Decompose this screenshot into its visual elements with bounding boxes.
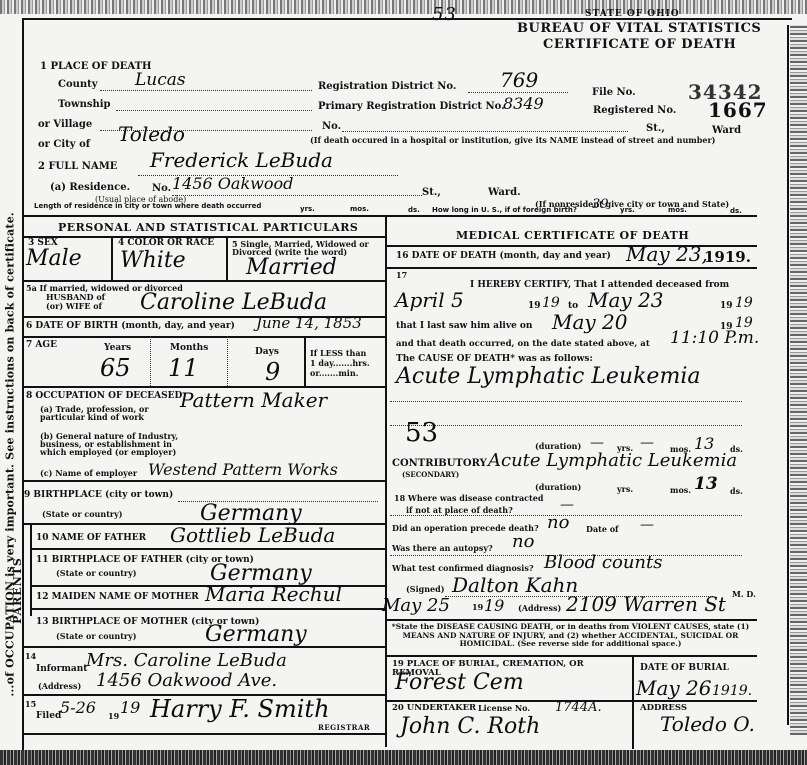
scan-edge-top <box>0 0 807 14</box>
operation-value: no <box>547 514 569 532</box>
undertaker-label: 20 UNDERTAKER <box>392 704 476 713</box>
birthplace-label: 9 BIRTHPLACE (city or town) <box>24 491 173 500</box>
registration-district-label: Registration District No. <box>318 82 456 92</box>
license-label: License No. <box>478 704 530 712</box>
sex-value: Male <box>26 248 82 270</box>
full-name-label: 2 FULL NAME <box>38 162 117 172</box>
cell-divider <box>111 236 113 280</box>
death-occurred-label: and that death occurred, on the date sta… <box>396 340 650 349</box>
employer-label: (c) Name of employer <box>40 469 137 477</box>
duration-label: (duration) <box>535 442 581 450</box>
how-long-us-value: 39 <box>592 198 609 211</box>
township-line <box>116 110 312 111</box>
days-label: Days <box>255 348 279 357</box>
age-label: 7 AGE <box>26 341 57 350</box>
length-residence-label: Length of residence in city or town wher… <box>34 203 261 210</box>
autopsy-value: no <box>512 533 534 551</box>
date-of-value: — <box>640 518 654 532</box>
registrar-label: REGISTRAR <box>318 724 370 731</box>
burial-date-label: DATE OF BURIAL <box>640 664 729 673</box>
county-line <box>100 90 312 91</box>
less-than-label-2: 1 day.......hrs. <box>310 359 370 367</box>
contracted-label-2: if not at place of death? <box>406 506 513 514</box>
footnote: *State the DISEASE CAUSING DEATH, or in … <box>388 623 753 649</box>
rule <box>22 280 385 282</box>
residence-line <box>172 195 422 196</box>
father-label: 10 NAME OF FATHER <box>36 534 146 543</box>
rule <box>22 480 385 482</box>
attended-from: April 5 <box>395 290 464 310</box>
contributory-ds-label: ds. <box>730 487 743 495</box>
physician-address-label: (Address) <box>518 604 561 612</box>
to-year-prefix: 19 <box>720 302 733 311</box>
state-title: STATE OF OHIO <box>585 9 680 19</box>
stamp-number-2: 53 <box>405 420 438 446</box>
residence-yrs-label: yrs. <box>300 206 315 213</box>
full-name-value: Frederick LeBuda <box>150 150 333 170</box>
residence-label: (a) Residence. <box>50 183 130 193</box>
residence-value: 1456 Oakwood <box>172 176 293 192</box>
contracted-value: — <box>560 498 574 512</box>
industry-label: (b) General nature of Industry, business… <box>40 432 195 456</box>
rule <box>22 646 385 648</box>
us-ds-label: ds. <box>730 208 742 215</box>
burial-year: 1919. <box>712 684 752 698</box>
informant-label: Informant <box>36 665 87 674</box>
spouse-value: Caroline LeBuda <box>140 292 327 314</box>
divider-main <box>22 215 757 217</box>
race-label: 4 COLOR OR RACE <box>118 239 214 248</box>
autopsy-label: Was there an autopsy? <box>392 544 493 552</box>
filed-label: Filed <box>36 712 61 721</box>
filed-year: 19 <box>120 700 140 716</box>
cell-divider <box>226 236 228 280</box>
cause-label: The CAUSE OF DEATH* was as follows: <box>396 355 593 364</box>
trade-label: (a) Trade, profession, or particular kin… <box>40 405 165 421</box>
certificate-title: CERTIFICATE OF DEATH <box>543 37 736 52</box>
contributory-duration-days: 13 <box>694 476 718 493</box>
date-of-label: Date of <box>586 525 618 533</box>
license-value: 1744A. <box>555 701 602 714</box>
father-birthplace-state-label: (State or country) <box>56 569 137 577</box>
race-value: White <box>120 250 186 272</box>
frame-right <box>787 25 789 725</box>
age-months: 11 <box>168 356 199 380</box>
father-value: Gottlieb LeBuda <box>170 525 335 545</box>
contributory-label: CONTRIBUTORY <box>392 459 487 469</box>
last-saw-label: that I last saw him alive on <box>396 322 532 331</box>
informant-num: 14 <box>25 652 36 660</box>
primary-registration-label: Primary Registration District No. <box>318 102 505 112</box>
rule <box>387 655 757 657</box>
cell-divider <box>304 336 306 386</box>
parents-label: PARENTS <box>11 557 24 624</box>
physician-address-value: 2109 Warren St <box>566 594 726 614</box>
birthplace-state-label: (State or country) <box>42 510 123 518</box>
address-line <box>342 131 628 132</box>
trade-value: Pattern Maker <box>180 390 327 410</box>
death-certificate: ...of OCCUPATION is very important. See … <box>0 0 807 765</box>
dod-value: May 23, <box>626 244 708 264</box>
years-label: Years <box>104 344 131 353</box>
duration-mos: — <box>640 436 654 450</box>
test-value: Blood counts <box>544 554 662 572</box>
to-year: 19 <box>735 296 753 310</box>
contributory-mos-label: mos. <box>670 486 691 494</box>
residence-ds-label: ds. <box>408 207 420 214</box>
from-year: 19 <box>542 296 560 310</box>
scan-edge-right <box>790 25 807 735</box>
age-days: 9 <box>265 360 280 384</box>
us-mos-label: mos. <box>668 207 687 214</box>
residence-mos-label: mos. <box>350 206 369 213</box>
attended-to: May 23 <box>588 290 664 310</box>
dob-label: 6 DATE OF BIRTH (month, day, and year) <box>26 322 235 331</box>
st-label: St., <box>646 124 665 134</box>
contributory-duration-label: (duration) <box>535 483 581 491</box>
rule <box>22 336 385 338</box>
signed-date: May 25 <box>382 597 450 615</box>
city-label: or City of <box>38 140 90 150</box>
bureau-title: BUREAU OF VITAL STATISTICS <box>517 21 761 36</box>
burial-date: May 26 <box>636 678 712 698</box>
undertaker-value: John C. Roth <box>400 716 540 738</box>
frame-left <box>22 18 24 750</box>
rule <box>30 548 385 550</box>
signed-year: 19 <box>484 598 504 614</box>
test-label: What test confirmed diagnosis? <box>392 564 534 572</box>
item-17: 17 <box>396 271 407 279</box>
filed-date: 5-26 <box>60 700 96 716</box>
marital-value: Married <box>246 257 337 279</box>
how-long-us-label: How long in U. S., if of foreign birth? <box>432 207 577 214</box>
duration-yrs: — <box>590 436 604 450</box>
cause-line-2 <box>390 425 742 426</box>
primary-registration-value: 8349 <box>503 96 544 112</box>
last-saw-value: May 20 <box>552 312 628 332</box>
rule <box>387 267 757 269</box>
us-yrs-label: yrs. <box>620 207 635 214</box>
village-label: or Village <box>38 120 92 130</box>
mother-value: Maria Rechul <box>205 584 342 604</box>
cell-divider <box>150 336 152 386</box>
cell-divider <box>632 657 634 749</box>
cause-value: Acute Lymphatic Leukemia <box>396 366 700 388</box>
contributory-yrs-label: yrs. <box>617 485 633 493</box>
informant-address-value: 1456 Oakwood Ave. <box>96 672 277 690</box>
city-value: Toledo <box>118 124 185 144</box>
mother-birthplace-value: Germany <box>205 624 307 646</box>
months-label: Months <box>170 344 208 353</box>
registered-no-value: 1667 <box>708 98 768 122</box>
contributory-value: Acute Lymphatic Leukemia <box>488 452 737 470</box>
spouse-label-3: (or) WIFE of <box>46 302 102 310</box>
mother-birthplace-state-label: (State or country) <box>56 632 137 640</box>
filed-year-prefix: 19 <box>108 712 119 720</box>
county-value: Lucas <box>135 72 186 89</box>
dod-year: 1919. <box>704 250 751 265</box>
filed-num: 15 <box>25 700 36 708</box>
mother-label: 12 MAIDEN NAME OF MOTHER <box>36 593 199 602</box>
birthplace-value: Germany <box>200 503 302 525</box>
contracted-label-1: 18 Where was disease contracted <box>394 494 543 502</box>
informant-value: Mrs. Caroline LeBuda <box>86 652 287 670</box>
county-label: County <box>58 80 98 90</box>
dob-value: June 14, 1853 <box>256 316 362 331</box>
spouse-label-2: HUSBAND of <box>46 293 105 301</box>
signed-label: (Signed) <box>406 585 444 593</box>
less-than-label-1: If LESS than <box>310 349 366 357</box>
rule <box>22 733 385 735</box>
rule <box>387 619 757 621</box>
residence-st-label: St., <box>422 188 441 198</box>
secondary-label: (SECONDARY) <box>402 471 459 478</box>
cause-line-1 <box>390 401 742 402</box>
registered-no-label: Registered No. <box>593 106 676 116</box>
column-divider <box>385 217 387 747</box>
occupation-label: 8 OCCUPATION OF DECEASED <box>26 392 182 401</box>
residence-no-label: No. <box>152 184 171 194</box>
medical-section-title: MEDICAL CERTIFICATE OF DEATH <box>456 229 689 242</box>
no-label: No. <box>322 122 341 132</box>
registration-district-line <box>468 92 568 93</box>
signed-year-prefix: 19 <box>472 603 483 611</box>
registration-district-value: 769 <box>500 70 538 90</box>
registrar-signature: Harry F. Smith <box>150 697 330 721</box>
rule <box>30 608 385 610</box>
marital-label: 5 Single, Married, Widowed or Divorced (… <box>232 240 382 256</box>
md-label: M. D. <box>732 590 756 598</box>
stamp-number: 53 <box>432 4 457 25</box>
township-label: Township <box>58 100 111 110</box>
signed-value: Dalton Kahn <box>452 575 578 595</box>
file-no-label: File No. <box>592 88 636 98</box>
residence-ward-label: Ward. <box>488 188 521 198</box>
hospital-note: (If death occured in a hospital or insti… <box>310 136 715 144</box>
burial-place: Forest Cem <box>395 672 524 694</box>
time-of-death: 11:10 P.m. <box>670 330 759 347</box>
dod-label: 16 DATE OF DEATH (month, day and year) <box>396 252 611 261</box>
less-than-label-3: or.......min. <box>310 369 358 377</box>
undertaker-address-value: Toledo O. <box>660 714 755 734</box>
informant-address-label: (Address) <box>38 682 81 690</box>
ward-label: Ward <box>712 126 741 136</box>
from-year-prefix: 19 <box>528 302 541 311</box>
cell-divider <box>227 336 229 386</box>
personal-section-title: PERSONAL AND STATISTICAL PARTICULARS <box>58 221 358 234</box>
parents-divider <box>30 523 32 616</box>
age-years: 65 <box>100 356 131 380</box>
scan-edge-bottom <box>0 750 807 765</box>
employer-value: Westend Pattern Works <box>148 462 338 478</box>
